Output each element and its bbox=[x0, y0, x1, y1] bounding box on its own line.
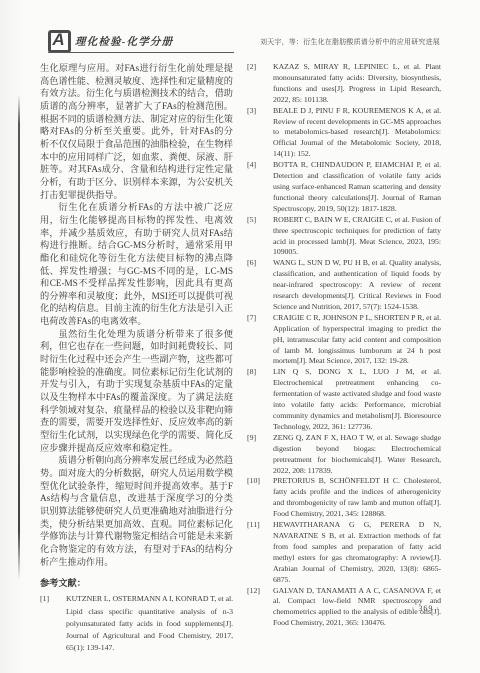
reference-text: BEALE D J, PINU F R, KOUREMENOS K A, et … bbox=[273, 106, 441, 161]
reference-text: BOTTA R, CHINDAUDON P, EIAMCHAI P, et al… bbox=[273, 160, 441, 215]
reference-item: [9] ZENG Q, ZAN F X, HAO T W, et al. Sew… bbox=[247, 433, 441, 477]
references-heading: 参考文献： bbox=[40, 575, 233, 589]
body-paragraph: 生化原理与应用。对FAs进行衍生化前处理是提高色谱性能、检测灵敏度、选择性和定量… bbox=[40, 62, 233, 201]
reference-text: CRAIGIE C R, JOHNSON P L, SHORTEN P R, e… bbox=[273, 313, 441, 368]
reference-item: [8] LIN Q S, DONG X L, LUO J M, et al. E… bbox=[247, 367, 441, 432]
book-gutter-edge bbox=[18, 95, 20, 580]
reference-item: [3] BEALE D J, PINU F R, KOUREMENOS K A,… bbox=[247, 106, 441, 161]
page-header: A 理化检验-化学分册 刘天宇，等：衍生化在脂肪酸质谱分析中的应用研究进展 bbox=[0, 0, 480, 56]
reference-number: [12] bbox=[247, 586, 273, 630]
reference-number: [6] bbox=[247, 258, 273, 313]
right-column: [2] KAZAZ S, MIRAY R, LEPINIEC L, et al.… bbox=[247, 62, 441, 629]
scanned-page: A 理化检验-化学分册 刘天宇，等：衍生化在脂肪酸质谱分析中的应用研究进展 生化… bbox=[0, 0, 480, 673]
reference-number: [1] bbox=[40, 593, 66, 654]
reference-number: [10] bbox=[247, 476, 273, 520]
reference-text: KUTZNER L, OSTERMANN A I, KONRAD T, et a… bbox=[66, 593, 233, 654]
reference-number: [11] bbox=[247, 520, 273, 585]
reference-number: [3] bbox=[247, 106, 273, 161]
body-paragraph: 衍生化在质谱分析FAs的方法中被广泛应用，衍生化能够提高目标物的挥发性、电离效率… bbox=[40, 201, 233, 328]
reference-number: [8] bbox=[247, 367, 273, 432]
reference-item: [7] CRAIGIE C R, JOHNSON P L, SHORTEN P … bbox=[247, 313, 441, 368]
header-rule bbox=[48, 52, 234, 53]
reference-text: LIN Q S, DONG X L, LUO J M, et al. Elect… bbox=[273, 367, 441, 432]
journal-logo-icon: A bbox=[48, 30, 71, 53]
page-number: · 369 · bbox=[412, 604, 440, 613]
journal-logo-letter: A bbox=[50, 30, 67, 50]
reference-number: [7] bbox=[247, 313, 273, 368]
reference-item: [2] KAZAZ S, MIRAY R, LEPINIEC L, et al.… bbox=[247, 62, 441, 106]
reference-number: [4] bbox=[247, 160, 273, 215]
reference-text: ZENG Q, ZAN F X, HAO T W, et al. Sewage … bbox=[273, 433, 441, 477]
body-paragraph: 虽然衍生化处理为质谱分析带来了很多便利，但它也存在一些问题，如时间耗费较长、同时… bbox=[40, 328, 233, 455]
running-head: 刘天宇，等：衍生化在脂肪酸质谱分析中的应用研究进展 bbox=[260, 37, 440, 47]
reference-number: [5] bbox=[247, 215, 273, 259]
reference-item: [10] PRETORIUS B, SCHÖNFELDT H C. Choles… bbox=[247, 476, 441, 520]
left-column: 生化原理与应用。对FAs进行衍生化前处理是提高色谱性能、检测灵敏度、选择性和定量… bbox=[40, 62, 233, 655]
journal-name: 理化检验-化学分册 bbox=[75, 34, 173, 49]
reference-text: PRETORIUS B, SCHÖNFELDT H C. Cholesterol… bbox=[273, 476, 441, 520]
reference-number: [9] bbox=[247, 433, 273, 477]
reference-item: [1] KUTZNER L, OSTERMANN A I, KONRAD T, … bbox=[40, 593, 233, 654]
reference-item: [11] HEWAVITHARANA G G, PERERA D N, NAVA… bbox=[247, 520, 441, 585]
reference-text: KAZAZ S, MIRAY R, LEPINIEC L, et al. Pla… bbox=[273, 62, 441, 106]
reference-item: [4] BOTTA R, CHINDAUDON P, EIAMCHAI P, e… bbox=[247, 160, 441, 215]
body-paragraph: 质谱分析朝向高分辨率发展已经成为必然趋势。面对庞大的分析数据，研究人员运用数学模… bbox=[40, 454, 233, 568]
reference-number: [2] bbox=[247, 62, 273, 106]
reference-text: WANG L, SUN D W, PU H B, et al. Quality … bbox=[273, 258, 441, 313]
reference-item: [5] ROBERT C, BAIN W E, CRAIGIE C, et al… bbox=[247, 215, 441, 259]
reference-text: ROBERT C, BAIN W E, CRAIGIE C, et al. Fu… bbox=[273, 215, 441, 259]
reference-item: [6] WANG L, SUN D W, PU H B, et al. Qual… bbox=[247, 258, 441, 313]
reference-text: HEWAVITHARANA G G, PERERA D N, NAVARATNE… bbox=[273, 520, 441, 585]
